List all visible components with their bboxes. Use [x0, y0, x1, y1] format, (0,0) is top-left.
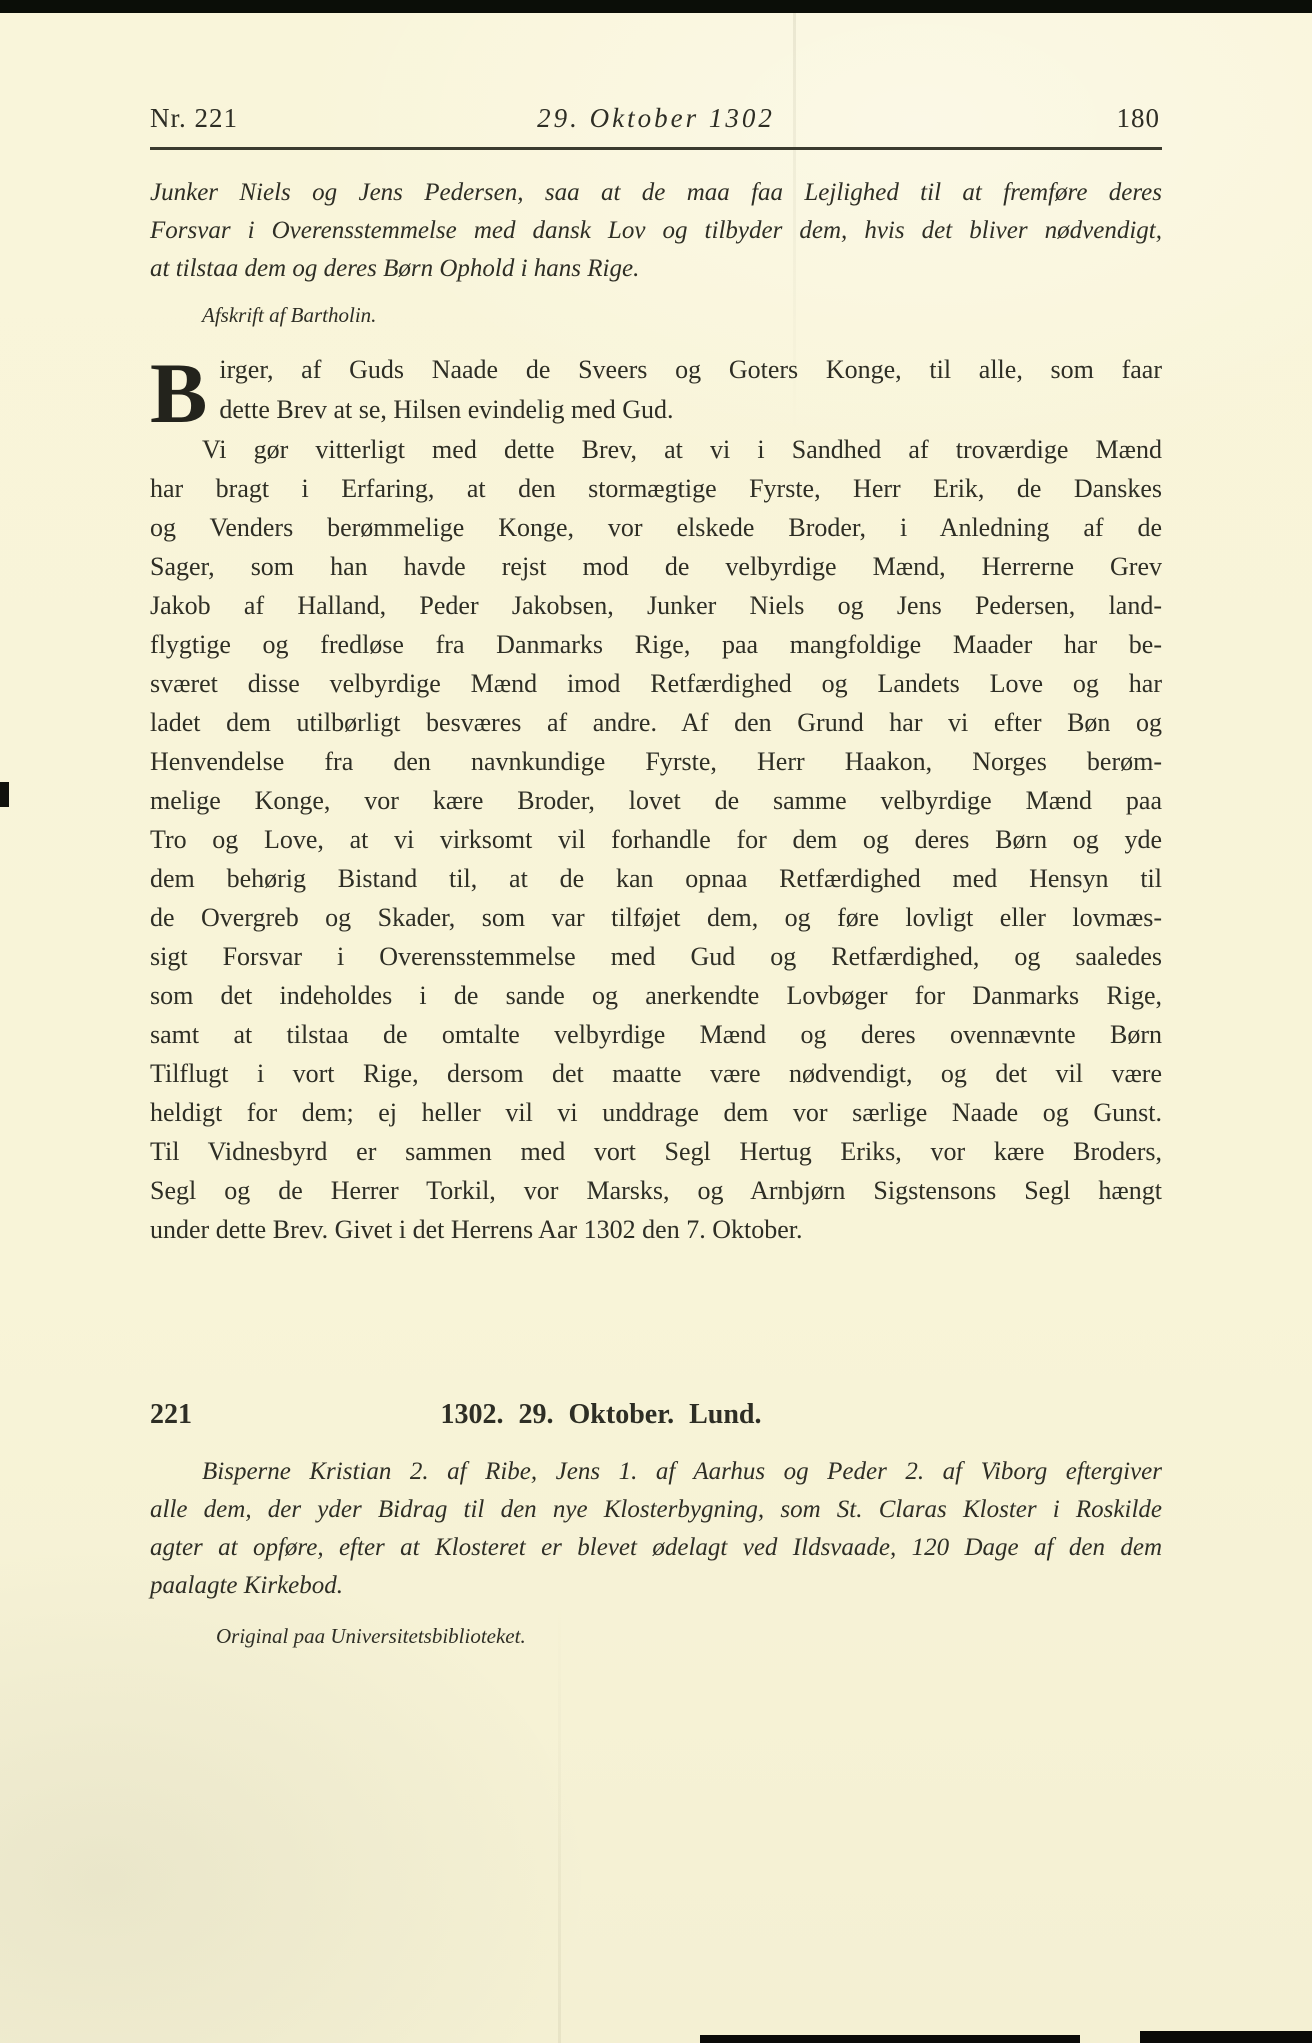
- running-header: Nr. 221 29. Oktober 1302 180: [150, 103, 1162, 139]
- header-rule: [150, 147, 1162, 150]
- body-lines: Vi gør vitterligt med dette Brev, at vi …: [150, 430, 1162, 1249]
- paper-fold-line: [558, 1600, 561, 2043]
- bottom-edge-scan-bar-left: [700, 2035, 1080, 2043]
- text-line: at tilstaa dem og deres Børn Ophold i ha…: [150, 250, 1162, 288]
- bottom-edge-scan-bar-right: [1140, 2031, 1312, 2043]
- text-line: sværet disse velbyrdige Mænd imod Retfær…: [150, 664, 1162, 703]
- text-line: heldigt for dem; ej heller vil vi unddra…: [150, 1093, 1162, 1132]
- text-line: samt at tilstaa de omtalte velbyrdige Mæ…: [150, 1015, 1162, 1054]
- text-line: har bragt i Erfaring, at den stormægtige…: [150, 469, 1162, 508]
- text-line: paalagte Kirkebod.: [150, 1567, 1162, 1605]
- entry-source-note: Original paa Universitetsbiblioteket.: [150, 1623, 1162, 1649]
- text-line: Junker Niels og Jens Pedersen, saa at de…: [150, 174, 1162, 212]
- dropcap-opening: B irger, af Guds Naade de Sveers og Gote…: [150, 350, 1162, 430]
- entry-heading: 1302. 29. Oktober. Lund.: [150, 1399, 1052, 1431]
- entry-header: 221 1302. 29. Oktober. Lund.: [150, 1399, 1162, 1437]
- header-page-number: 180: [1117, 103, 1161, 134]
- text-line: Bisperne Kristian 2. af Ribe, Jens 1. af…: [150, 1453, 1162, 1491]
- intro-summary-paragraph: Junker Niels og Jens Pedersen, saa at de…: [150, 174, 1162, 288]
- text-line: Henvendelse fra den navnkundige Fyrste, …: [150, 742, 1162, 781]
- text-line: Til Vidnesbyrd er sammen med vort Segl H…: [150, 1132, 1162, 1171]
- text-line: irger, af Guds Naade de Sveers og Goters…: [219, 350, 1162, 390]
- text-line: Tro og Love, at vi virksomt vil forhandl…: [150, 820, 1162, 859]
- text-line: alle dem, der yder Bidrag til den nye Kl…: [150, 1491, 1162, 1529]
- text-line: Segl og de Herrer Torkil, vor Marsks, og…: [150, 1171, 1162, 1210]
- text-line: agter at opføre, efter at Klosteret er b…: [150, 1529, 1162, 1567]
- body-paragraph: B irger, af Guds Naade de Sveers og Gote…: [150, 350, 1162, 1249]
- text-line: flygtige og fredløse fra Danmarks Rige, …: [150, 625, 1162, 664]
- paper-background: Nr. 221 29. Oktober 1302 180 Junker Niel…: [0, 0, 1312, 2043]
- text-line: Jakob af Halland, Peder Jakobsen, Junker…: [150, 586, 1162, 625]
- next-entry: 221 1302. 29. Oktober. Lund. Bisperne Kr…: [150, 1399, 1162, 1649]
- text-line: Sager, som han havde rejst mod de velbyr…: [150, 547, 1162, 586]
- text-line: sigt Forsvar i Overensstemmelse med Gud …: [150, 937, 1162, 976]
- header-date: 29. Oktober 1302: [150, 103, 1162, 134]
- text-line: melige Konge, vor kære Broder, lovet de …: [150, 781, 1162, 820]
- drop-cap-letter: B: [150, 350, 219, 430]
- entry-summary-paragraph: Bisperne Kristian 2. af Ribe, Jens 1. af…: [150, 1453, 1162, 1605]
- text-line: de Overgreb og Skader, som var tilføjet …: [150, 898, 1162, 937]
- text-line: Tilflugt i vort Rige, dersom det maatte …: [150, 1054, 1162, 1093]
- text-line: Vi gør vitterligt med dette Brev, at vi …: [150, 430, 1162, 469]
- scanned-book-page: { "colors": { "paper": "#f8f4d8", "ink":…: [0, 0, 1312, 2043]
- text-line: dette Brev at se, Hilsen evindelig med G…: [219, 390, 1162, 430]
- left-edge-scan-mark: [0, 782, 9, 807]
- text-line: ladet dem utilbørligt besværes af andre.…: [150, 703, 1162, 742]
- text-line: som det indeholdes i de sande og anerken…: [150, 976, 1162, 1015]
- text-line: Forsvar i Overensstemmelse med dansk Lov…: [150, 212, 1162, 250]
- text-line: dem behørig Bistand til, at de kan opnaa…: [150, 859, 1162, 898]
- transcript-source-note: Afskrift af Bartholin.: [150, 302, 1162, 328]
- text-block: Nr. 221 29. Oktober 1302 180 Junker Niel…: [150, 0, 1162, 1649]
- text-line: og Venders berømmelige Konge, vor elsked…: [150, 508, 1162, 547]
- text-line: under dette Brev. Givet i det Herrens Aa…: [150, 1210, 1162, 1249]
